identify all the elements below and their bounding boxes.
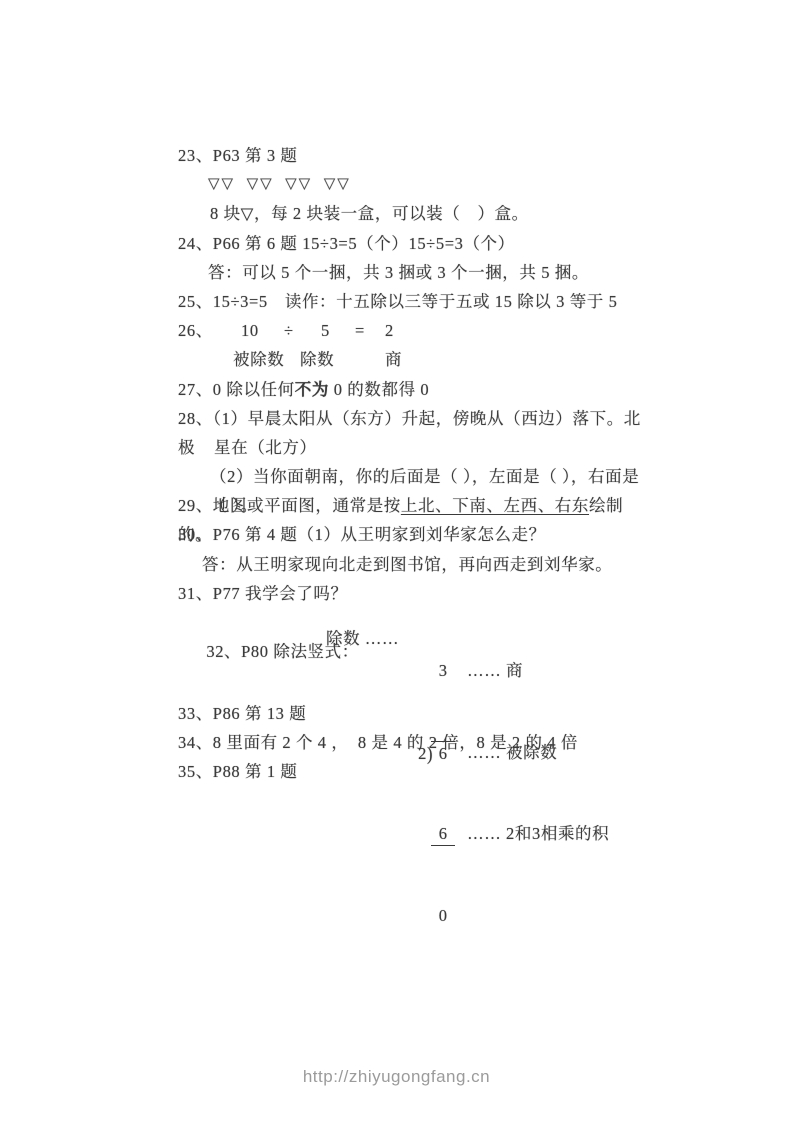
label-dividend: 被除数: [233, 345, 284, 374]
item-23-title: 23、P63 第 3 题: [178, 141, 648, 170]
item-24-title: 24、P66 第 6 题 15÷3=5（个）15÷5=3（个）: [178, 229, 648, 258]
item-29-pre: 29、地图或平面图，通常是按: [178, 496, 401, 515]
long-division-diagram: 除数 …… 3 2)6 6 0 …… 商 …… 被除数 …… 2和3相乘的积: [326, 601, 609, 985]
item-23-desc: 8 块▽，每 2 块装一盒，可以装（ ）盒。: [178, 199, 648, 228]
item-29-text: 29、地图或平面图，通常是按上北、下南、左西、右东绘制的。: [178, 491, 648, 520]
equation-divisor: 5: [321, 316, 330, 345]
division-quotient-label: …… 商: [467, 659, 609, 682]
equation-quotient: 2: [385, 316, 394, 345]
item-30-title: 30、P76 第 4 题（1）从王明家到刘华家怎么走？: [178, 520, 648, 549]
item-27-post: 0 的数都得 0: [329, 380, 429, 399]
label-divisor: 除数: [300, 345, 334, 374]
worksheet-content: 23、P63 第 3 题 ▽▽ ▽▽ ▽▽ ▽▽ 8 块▽，每 2 块装一盒，可…: [178, 141, 648, 787]
division-remainder: 0: [431, 904, 455, 927]
item-28-line1: 28、（1）早晨太阳从（东方）升起，傍晚从（西边）落下。北极: [178, 404, 648, 433]
item-25-text: 25、15÷3=5 读作：十五除以三等于五或 15 除以 3 等于 5: [178, 287, 648, 316]
item-29-underlined: 上北、下南、左西、右东: [401, 496, 589, 515]
item-26-labels: 被除数 除数 商: [178, 345, 648, 374]
item-34-text: 34、8 里面有 2 个 4 ， 8 是 4 的 2 倍，8 是 2 的 4 倍: [178, 728, 648, 757]
division-divisor-label: 除数 ……: [326, 624, 405, 653]
item-30-answer: 答：从王明家现向北走到图书馆，再向西走到刘华家。: [178, 550, 648, 579]
item-27-pre: 27、0 除以任何: [178, 380, 295, 399]
division-product-row: 6: [405, 822, 455, 845]
division-quotient-row: 3: [405, 659, 455, 682]
item-24-answer: 答：可以 5 个一捆，共 3 捆或 3 个一捆，共 5 捆。: [178, 258, 648, 287]
divide-sign: ÷: [284, 316, 294, 345]
item-26-prefix: 26、: [178, 316, 213, 345]
label-quotient: 商: [385, 345, 402, 374]
equals-sign: =: [355, 316, 365, 345]
division-remainder-row: 0: [405, 904, 455, 927]
item-27-bold: 不为: [295, 380, 329, 399]
watermark-url: http://zhiyugongfang.cn: [0, 1067, 793, 1087]
item-35-text: 35、P88 第 1 题: [178, 757, 648, 786]
equation-dividend: 10: [241, 316, 259, 345]
item-26-equation: 26、 10 ÷ 5 = 2: [178, 316, 648, 345]
division-product-label: …… 2和3相乘的积: [467, 822, 609, 845]
item-28-line2: 星在（北方）: [178, 433, 648, 462]
item-33-text: 33、P86 第 13 题: [178, 699, 648, 728]
division-product: 6: [431, 822, 455, 846]
scanned-worksheet-page: 23、P63 第 3 题 ▽▽ ▽▽ ▽▽ ▽▽ 8 块▽，每 2 块装一盒，可…: [0, 0, 793, 1122]
item-27-text: 27、0 除以任何不为 0 的数都得 0: [178, 375, 648, 404]
item-28-line3: （2）当你面朝南，你的后面是（ ），左面是（ ），右面是（ ）。: [178, 462, 648, 491]
division-numbers: 3 2)6 6 0: [405, 601, 455, 985]
division-quotient: 3: [431, 659, 455, 682]
triangle-shapes-row: ▽▽ ▽▽ ▽▽ ▽▽: [178, 170, 648, 199]
item-32-block: 32、P80 除法竖式： 除数 …… 3 2)6 6 0 …… 商 …… 被除数…: [178, 608, 648, 699]
